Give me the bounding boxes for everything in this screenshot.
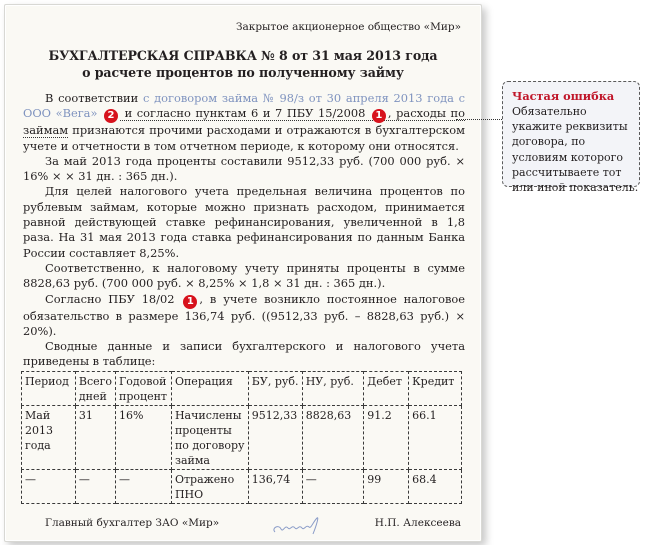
table-row: ———Отражено ПНО136,74—9968.4	[22, 470, 462, 504]
table-cell: 31	[75, 406, 115, 470]
summary-table: ПериодВсего днейГодовой процентОперацияБ…	[21, 371, 462, 504]
table-cell: 68.4	[409, 470, 462, 504]
company-name: Закрытое акционерное общество «Мир»	[236, 21, 461, 33]
document-title: БУХГАЛТЕРСКАЯ СПРАВКА № 8 от 31 мая 2013…	[5, 47, 481, 81]
table-cell: 16%	[116, 406, 172, 470]
paragraph-1-text: В соответствии	[45, 91, 143, 105]
callout-text: Обязательно укажите реквизиты договора, …	[512, 104, 639, 195]
table-cell: —	[75, 470, 115, 504]
paragraph-1-text-2: и согласно пунктам 6 и 7 ПБУ 15/2008	[120, 106, 370, 120]
note-badge-1[interactable]: 1	[183, 295, 197, 309]
paragraph-3: Для целей налогового учета предельная ве…	[23, 184, 465, 260]
paragraph-4: Соответственно, к налоговому учету приня…	[23, 261, 465, 292]
table-cell: 66.1	[409, 406, 462, 470]
footer-signer: Н.П. Алексеева	[375, 517, 461, 529]
table-cell: 91.2	[364, 406, 409, 470]
signature-icon	[267, 510, 327, 540]
table-header-row: ПериодВсего днейГодовой процентОперацияБ…	[22, 372, 462, 406]
table-row: Май 2013 года3116%Начислены проценты по …	[22, 406, 462, 470]
note-badge-2[interactable]: 2	[104, 109, 118, 123]
note-badge-1[interactable]: 1	[372, 109, 386, 123]
table-cell: 136,74	[248, 470, 302, 504]
title-line-1: БУХГАЛТЕРСКАЯ СПРАВКА № 8 от 31 мая 2013…	[5, 47, 481, 64]
table-cell: —	[22, 470, 76, 504]
paragraph-5-text: Согласно ПБУ 18/02	[45, 292, 181, 306]
callout-connector	[456, 119, 502, 120]
table-header-cell: Дебет	[364, 372, 409, 406]
table-cell: —	[116, 470, 172, 504]
table-cell: Май 2013 года	[22, 406, 76, 470]
table-cell: 9512,33	[248, 406, 302, 470]
table-header-cell: БУ, руб.	[248, 372, 302, 406]
title-line-2: о расчете процентов по полученному займу	[5, 64, 481, 81]
table-cell: —	[302, 470, 364, 504]
table-header-cell: Годовой процент	[116, 372, 172, 406]
table-cell: 99	[364, 470, 409, 504]
paragraph-6: Сводные данные и записи бухгалтерского и…	[23, 339, 465, 370]
table-header-cell: Период	[22, 372, 76, 406]
table-header-cell: Кредит	[409, 372, 462, 406]
callout-box: Частая ошибка Обязательно укажите реквиз…	[502, 81, 640, 187]
paragraph-2: За май 2013 года проценты составили 9512…	[23, 154, 465, 185]
table-header-cell: Операция	[171, 372, 248, 406]
table-cell: Отражено ПНО	[171, 470, 248, 504]
paragraph-5: Согласно ПБУ 18/02 1, в учете возникло п…	[23, 292, 465, 340]
paragraph-1: В соответствии с договором займа № 98/з …	[23, 91, 465, 154]
callout-title: Частая ошибка	[512, 89, 639, 104]
table-cell: Начислены проценты по договору займа	[171, 406, 248, 470]
paragraph-1-text-4: признаются прочими расходами и отражаютс…	[23, 123, 465, 152]
document-body: В соответствии с договором займа № 98/з …	[23, 91, 465, 370]
document-page: Закрытое акционерное общество «Мир» БУХГ…	[4, 4, 482, 542]
table-body: Май 2013 года3116%Начислены проценты по …	[22, 406, 462, 504]
table-cell: 8828,63	[302, 406, 364, 470]
table-header-cell: Всего дней	[75, 372, 115, 406]
footer-position: Главный бухгалтер ЗАО «Мир»	[45, 517, 219, 529]
table-header-cell: НУ, руб.	[302, 372, 364, 406]
